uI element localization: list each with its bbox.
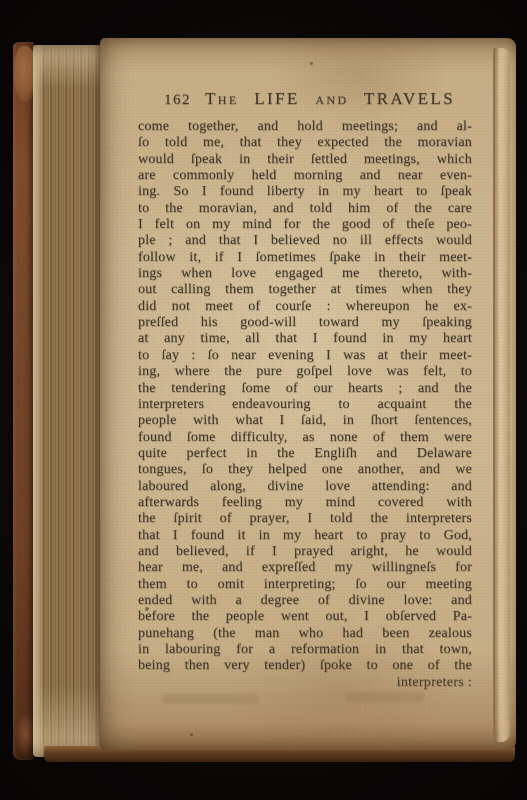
page-stack-fore-edge <box>33 45 102 757</box>
text-line: the tendering ſome of our hearts ; and t… <box>138 381 472 397</box>
foxing-speck <box>190 733 193 736</box>
text-line: follow it, if I ſometimes ſpake in their… <box>138 250 472 266</box>
text-line: to the moravian, and told him of the car… <box>138 201 472 217</box>
page-number: 162 <box>164 92 191 109</box>
catchword: interpreters : <box>397 675 472 690</box>
book-page: 162 The LIFE and TRAVELS come together, … <box>100 38 516 750</box>
book-spine-edge <box>13 42 34 760</box>
text-line: quite perfect in the Engliſh and Delawar… <box>138 446 472 462</box>
text-line: ended with a degree of divine love: and <box>138 593 472 609</box>
text-line: interpreters endeavouring to acquaint th… <box>138 397 472 413</box>
text-line: would ſpeak in their ſettled meetings, w… <box>138 152 472 168</box>
text-line: found ſome difficulty, as none of them w… <box>138 430 472 446</box>
foxing-speck <box>422 493 424 495</box>
catchword-row: interpreters : <box>138 675 472 692</box>
running-title: The LIFE and TRAVELS <box>205 89 455 109</box>
show-through-smudge <box>162 694 258 704</box>
text-line: ing. So I found liberty in my heart to ſ… <box>138 184 472 200</box>
text-line: preſſed his good-will toward my ſpeaking <box>138 315 472 331</box>
body-text: come together, and hold meetings; and al… <box>138 119 472 675</box>
text-line: come together, and hold meetings; and al… <box>138 119 472 135</box>
text-line: being then very tender) ſpoke to one of … <box>138 658 472 674</box>
text-line: people with what I ſaid, in ſhort ſenten… <box>138 413 472 429</box>
text-line: before the people went out, I obſerved P… <box>138 609 472 625</box>
text-line: ple ; and that I believed no ill effects… <box>138 233 472 249</box>
text-line: are commonly held morning and near even- <box>138 168 472 184</box>
show-through-smudge <box>346 692 424 702</box>
text-line: punehang (the man who had been zealous <box>138 626 472 642</box>
text-line: that I found it in my heart to pray to G… <box>138 528 472 544</box>
text-line: tongues, ſo they helped one another, and… <box>138 462 472 478</box>
foxing-speck <box>145 607 149 611</box>
spine-tear-bottom <box>15 714 35 754</box>
text-line: ſo told me, that they expected the morav… <box>138 135 472 151</box>
text-line: ings when love engaged me thereto, with- <box>138 266 472 282</box>
book-photograph: 162 The LIFE and TRAVELS come together, … <box>0 0 527 800</box>
foxing-speck <box>350 206 352 208</box>
text-line: afterwards feeling my mind covered with <box>138 495 472 511</box>
text-line: to ſay : ſo near evening I was at their … <box>138 348 472 364</box>
page-gutter-fold <box>493 48 510 742</box>
text-line: ing, where the pure goſpel love was felt… <box>138 364 472 380</box>
text-line: in labouring for a reformation in that t… <box>138 642 472 658</box>
page-header: 162 The LIFE and TRAVELS <box>138 89 472 109</box>
text-line: them to omit interpreting; ſo our meetin… <box>138 577 472 593</box>
text-line: the ſpirit of prayer, I told the interpr… <box>138 511 472 527</box>
text-line: and believed, if I prayed aright, he wou… <box>138 544 472 560</box>
text-line: I felt on my mind for the good of theſe … <box>138 217 472 233</box>
text-line: hear me, and expreſſed my willingneſs fo… <box>138 560 472 576</box>
text-line: at any time, all that I found in my hear… <box>138 331 472 347</box>
text-line: out calling them together at times when … <box>138 282 472 298</box>
foxing-speck <box>310 62 313 65</box>
text-line: did not meet of courſe : whereupon he ex… <box>138 299 472 315</box>
